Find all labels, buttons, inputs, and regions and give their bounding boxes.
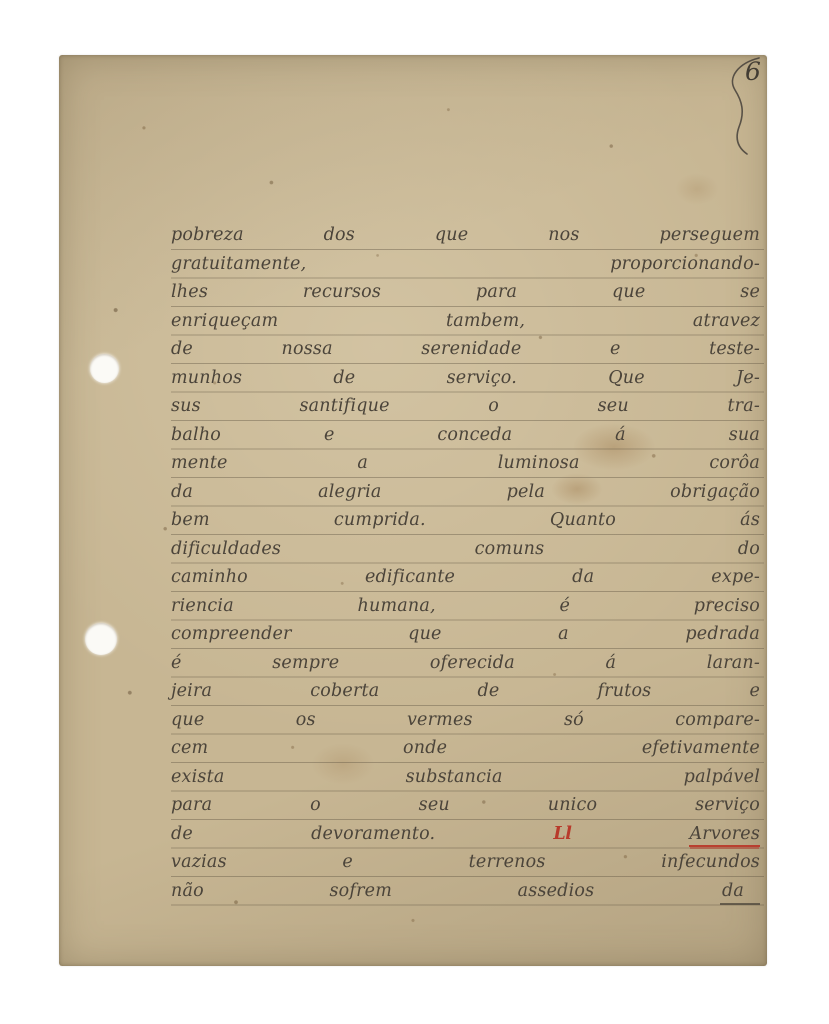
manuscript-line: riencia humana, é preciso [171, 592, 760, 621]
line-text: pobreza dos que nos perseguem [171, 225, 760, 245]
manuscript-line: de devoramento. Ll Arvores [171, 820, 760, 849]
pencil-underlined-word: da [720, 881, 760, 905]
manuscript-line: enriqueçam tambem, atravez [171, 307, 760, 336]
line-text: balho e conceda á sua [171, 425, 760, 445]
line-text: dificuldades comuns do [171, 539, 760, 559]
red-underlined-word: Arvores [689, 824, 760, 847]
manuscript-line: balho e conceda á sua [171, 421, 760, 450]
paper-sheet: 6 pobreza dos que nos perseguem gratuita… [59, 55, 767, 966]
scanned-page-background: 6 pobreza dos que nos perseguem gratuita… [0, 0, 829, 1024]
line-text: munhos de serviço. Que Je- [171, 368, 760, 388]
manuscript-line: dificuldades comuns do [171, 535, 760, 564]
line-text: compreender que a pedrada [171, 624, 760, 644]
line-text: jeira coberta de frutos e [171, 681, 760, 701]
line-text: para o seu unico serviço [171, 795, 760, 815]
manuscript-line: lhes recursos para que se [171, 278, 760, 307]
line-text: da alegria pela obrigação [171, 482, 760, 502]
manuscript: pobreza dos que nos perseguem gratuitame… [171, 221, 760, 905]
manuscript-line: sus santifique o seu tra- [171, 392, 760, 421]
line-text: enriqueçam tambem, atravez [171, 311, 760, 331]
manuscript-line: cem onde efetivamente [171, 734, 760, 763]
line-text: caminho edificante da expe- [171, 567, 760, 587]
manuscript-line: gratuitamente, proporcionando- [171, 250, 760, 279]
manuscript-line: é sempre oferecida á laran- [171, 649, 760, 678]
red-insert-mark: Ll [553, 824, 571, 844]
line-text: não sofrem assedios [171, 881, 594, 901]
manuscript-line: jeira coberta de frutos e [171, 677, 760, 706]
line-text: sus santifique o seu tra- [171, 396, 760, 416]
line-text: mente a luminosa corôa [171, 453, 760, 473]
manuscript-line: da alegria pela obrigação [171, 478, 760, 507]
line-text: lhes recursos para que se [171, 282, 760, 302]
line-text: riencia humana, é preciso [171, 596, 760, 616]
line-text: cem onde efetivamente [171, 738, 760, 758]
line-text: vazias e terrenos infecundos [171, 852, 760, 872]
manuscript-line: caminho edificante da expe- [171, 563, 760, 592]
manuscript-line: para o seu unico serviço [171, 791, 760, 820]
punch-hole-bottom [85, 623, 117, 655]
manuscript-line: pobreza dos que nos perseguem [171, 221, 760, 250]
manuscript-line: vazias e terrenos infecundos [171, 848, 760, 877]
page-number: 6 [745, 57, 761, 86]
manuscript-line: mente a luminosa corôa [171, 449, 760, 478]
line-text: de nossa serenidade e teste- [171, 339, 760, 359]
manuscript-line: não sofrem assedios da [171, 877, 760, 906]
manuscript-line: compreender que a pedrada [171, 620, 760, 649]
manuscript-line: exista substancia palpável [171, 763, 760, 792]
manuscript-line: bem cumprida. Quanto ás [171, 506, 760, 535]
line-text: que os vermes só compare- [171, 710, 760, 730]
manuscript-line: de nossa serenidade e teste- [171, 335, 760, 364]
line-text: gratuitamente, proporcionando- [171, 254, 760, 274]
line-text: é sempre oferecida á laran- [171, 653, 760, 673]
line-text: de devoramento. [171, 824, 435, 844]
manuscript-line: munhos de serviço. Que Je- [171, 364, 760, 393]
line-text: bem cumprida. Quanto ás [171, 510, 760, 530]
stain [675, 173, 719, 205]
manuscript-line: que os vermes só compare- [171, 706, 760, 735]
line-text: exista substancia palpável [171, 767, 760, 787]
punch-hole-top [90, 354, 119, 383]
